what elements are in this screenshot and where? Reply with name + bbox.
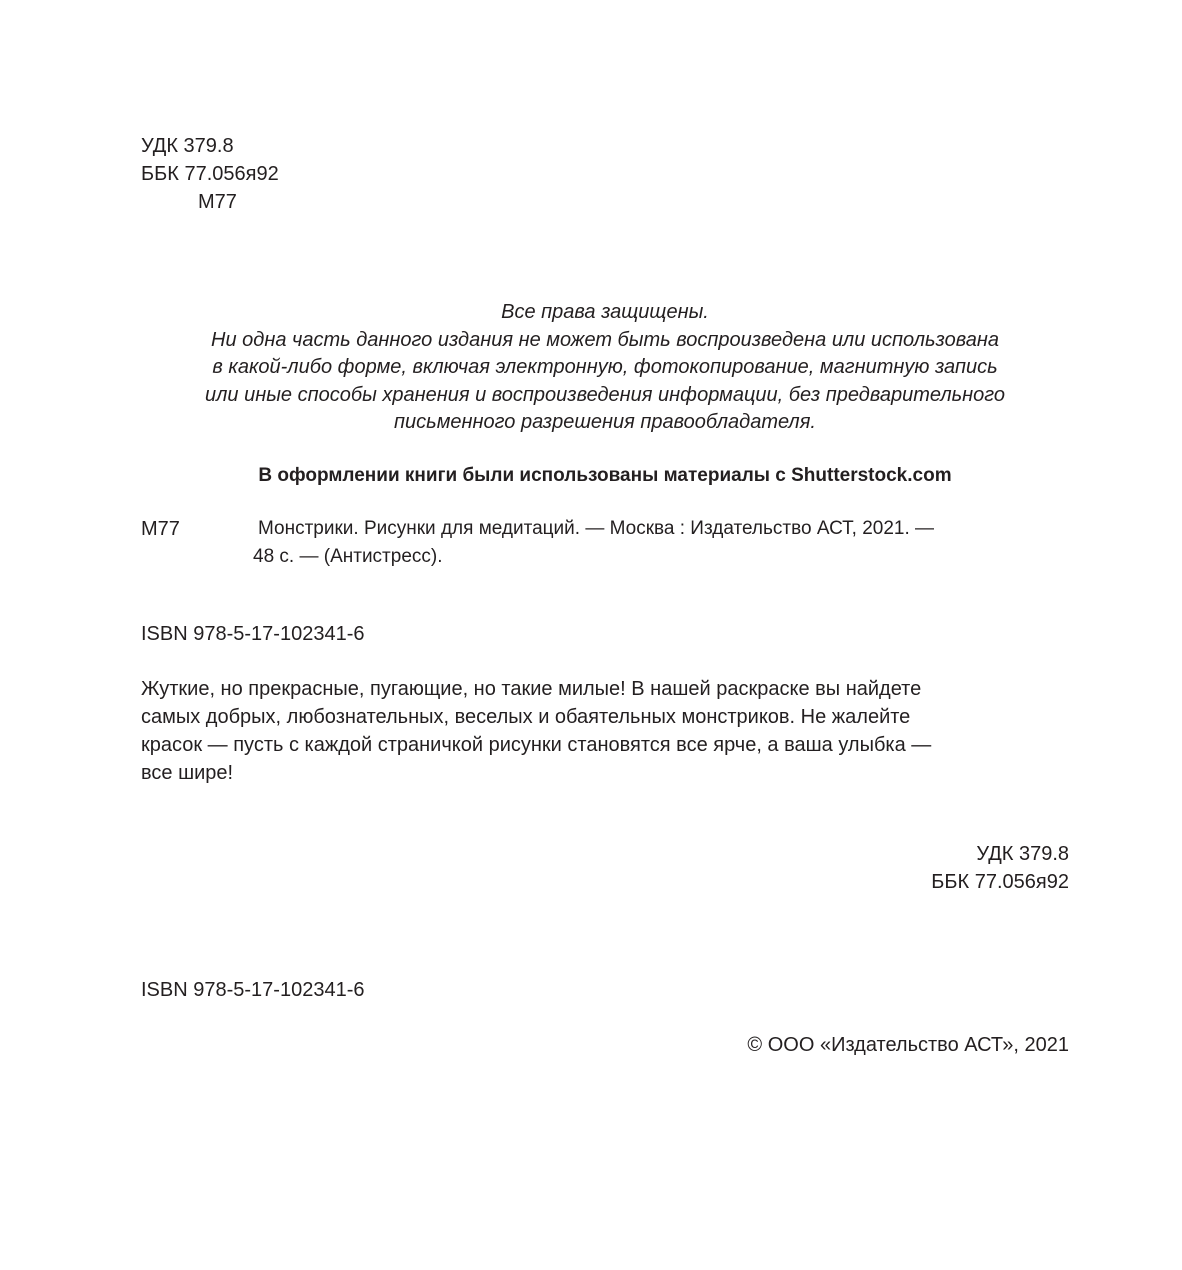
isbn-top: ISBN 978-5-17-102341-6 (141, 620, 364, 648)
annotation-line: красок — пусть с каждой страничкой рисун… (141, 731, 1061, 759)
bibliographic-author-mark: М77 (141, 515, 180, 543)
author-mark: М77 (141, 188, 279, 216)
rights-notice: Все права защищены. Ни одна часть данног… (130, 299, 1080, 437)
annotation-line: Жуткие, но прекрасные, пугающие, но таки… (141, 675, 1061, 703)
annotation-line: самых добрых, любознательных, веселых и … (141, 703, 1061, 731)
copyright-notice: © ООО «Издательство АСТ», 2021 (747, 1031, 1069, 1059)
bibliographic-line: 48 с. — (Антистресс). (253, 543, 934, 571)
classification-codes-top: УДК 379.8 ББК 77.056я92 М77 (141, 132, 279, 216)
rights-line: в какой-либо форме, включая электронную,… (130, 354, 1080, 382)
rights-line: Все права защищены. (130, 299, 1080, 327)
rights-line: письменного разрешения правообладателя. (130, 409, 1080, 437)
bbk-code: ББК 77.056я92 (931, 868, 1069, 896)
bibliographic-line: Монстрики. Рисунки для медитаций. — Моск… (253, 515, 934, 543)
isbn-bottom: ISBN 978-5-17-102341-6 (141, 976, 364, 1004)
rights-line: Ни одна часть данного издания не может б… (130, 327, 1080, 355)
bbk-code: ББК 77.056я92 (141, 160, 279, 188)
udk-code: УДК 379.8 (141, 132, 279, 160)
bibliographic-record: Монстрики. Рисунки для медитаций. — Моск… (253, 515, 934, 571)
annotation-line: все шире! (141, 759, 1061, 787)
annotation: Жуткие, но прекрасные, пугающие, но таки… (141, 675, 1061, 787)
classification-codes-bottom: УДК 379.8 ББК 77.056я92 (931, 840, 1069, 896)
rights-line: или иные способы хранения и воспроизведе… (130, 382, 1080, 410)
materials-credit: В оформлении книги были использованы мат… (130, 462, 1080, 490)
udk-code: УДК 379.8 (931, 840, 1069, 868)
